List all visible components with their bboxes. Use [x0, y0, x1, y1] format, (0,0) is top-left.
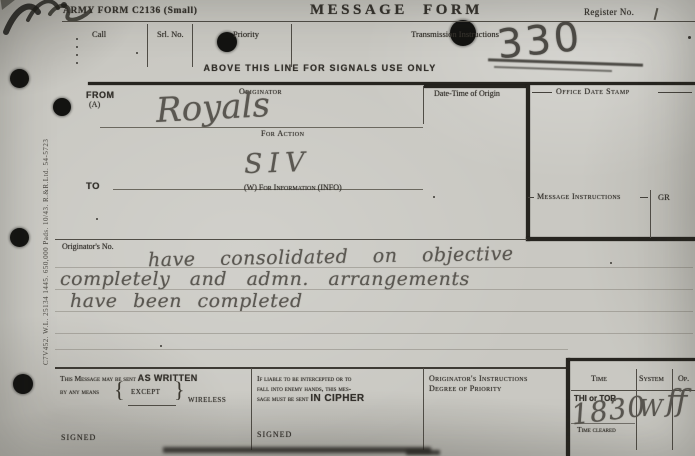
- originator-handwritten: Royals: [155, 85, 271, 131]
- time-cleared-label: Time cleared: [577, 425, 616, 434]
- speck: [688, 36, 691, 39]
- time-column-header: Time: [591, 374, 607, 383]
- cipher-box-line3: sage must be sent IN CIPHER: [257, 393, 365, 404]
- to-label: TO: [86, 181, 100, 192]
- from-sub-label: (A): [89, 100, 100, 109]
- info-label: (W) For Information (INFO): [244, 183, 342, 192]
- time-cleared-rule: [571, 423, 635, 424]
- signals-banner: ABOVE THIS LINE FOR SIGNALS USE ONLY: [175, 63, 465, 73]
- punch-hole: [10, 69, 29, 88]
- pencil-tick: [654, 8, 659, 20]
- register-no-label: Register No.: [584, 7, 634, 17]
- ruled-line: [55, 333, 693, 334]
- from-label: FROM: [86, 90, 115, 100]
- gr-label: GR: [658, 192, 670, 202]
- stamp-box-left-border: [526, 85, 530, 241]
- speck: [160, 345, 162, 347]
- date-time-divider: [423, 86, 424, 124]
- stamp-dash: [658, 92, 692, 93]
- row-dot: [76, 54, 78, 56]
- system-column-header: System: [639, 374, 664, 383]
- cipher-box-line1: If liable to be intercepted or to: [257, 374, 351, 383]
- originator-line: [100, 127, 423, 128]
- message-line: have been completed: [70, 290, 303, 312]
- date-time-origin-label: Date-Time of Origin: [434, 89, 500, 98]
- footer-divider: [423, 368, 424, 450]
- row-dot: [76, 62, 78, 64]
- header-rule: [62, 21, 695, 22]
- in-cipher-label: IN CIPHER: [310, 393, 364, 404]
- message-top-rule: [55, 239, 527, 240]
- punch-hole: [10, 228, 29, 247]
- time-table-top-border: [568, 358, 695, 361]
- srl-no-label: Srl. No.: [157, 29, 184, 39]
- message-instructions-label: Message Instructions: [537, 192, 621, 201]
- form-number: ARMY FORM C2136 (Small): [63, 6, 198, 16]
- printer-imprint: C7V452. W.L. 25134 1445. 650,000 Pads. 1…: [42, 35, 50, 365]
- bottom-smudge: [163, 447, 431, 453]
- ruled-line: [55, 349, 568, 350]
- row-dot: [76, 38, 78, 40]
- originators-instructions-label: Originator's Instructions: [429, 374, 528, 383]
- stamp-dash: [528, 197, 534, 198]
- right-brace: }: [174, 377, 185, 403]
- speck: [136, 52, 138, 54]
- except-label: EXCEPT: [131, 388, 160, 396]
- gr-divider: [650, 190, 651, 238]
- call-label: Call: [92, 29, 106, 39]
- degree-of-priority-label: Degree of Priority: [429, 384, 502, 393]
- stamp-dash: [640, 197, 648, 198]
- page-title: MESSAGE FORM: [310, 2, 483, 19]
- cipher-box-line2: fall into enemy hands, this mes-: [257, 384, 351, 393]
- column-divider: [192, 24, 193, 67]
- op-value-handwritten: ff: [666, 384, 687, 419]
- priority-label: Priority: [233, 29, 259, 39]
- signed-label: SIGNED: [61, 433, 96, 442]
- system-value-handwritten: W: [639, 396, 663, 422]
- row-dot: [76, 46, 78, 48]
- footer-top-rule: [55, 367, 568, 369]
- bottom-smudge: [406, 450, 440, 455]
- message-line: completely and admn. arrangements: [60, 268, 470, 290]
- originators-no-label: Originator's No.: [62, 242, 114, 251]
- message-form-scan: C7V452. W.L. 25134 1445. 650,000 Pads. 1…: [0, 0, 695, 456]
- speck: [610, 262, 612, 264]
- date-time-top-border: [424, 85, 527, 88]
- left-brace: {: [114, 377, 125, 403]
- stamp-box-bottom-border: [526, 237, 695, 241]
- sent-box-line2: by any means: [60, 387, 99, 396]
- column-divider: [291, 24, 292, 67]
- punch-hole: [13, 374, 33, 394]
- footer-divider: [251, 368, 252, 450]
- wireless-label: WIRELESS: [188, 396, 226, 404]
- for-action-label: For Action: [261, 129, 304, 138]
- office-date-stamp-label: Office Date Stamp: [556, 87, 630, 96]
- signals-separator-rule: [88, 82, 695, 85]
- scribble-underline: [494, 66, 612, 72]
- column-divider: [147, 24, 148, 67]
- stamp-dash: [532, 92, 552, 93]
- except-blank-line: [128, 405, 176, 406]
- op-column-header: Op.: [678, 374, 689, 383]
- punch-hole: [53, 98, 71, 116]
- speck: [96, 218, 98, 220]
- as-written-label: AS WRITTEN: [138, 373, 198, 383]
- to-handwritten: SIV: [243, 147, 311, 180]
- cipher-box-line3-pre: sage must be sent: [257, 394, 308, 403]
- signed-label: SIGNED: [257, 430, 292, 439]
- speck: [433, 196, 435, 198]
